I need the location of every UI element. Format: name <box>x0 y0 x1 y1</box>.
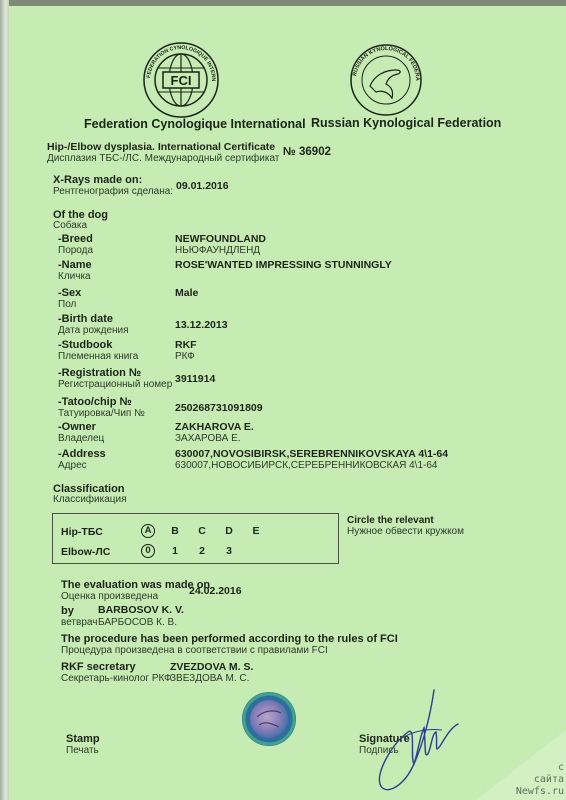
field-label-en: -Studbook <box>58 339 112 351</box>
grade-selected: 0 <box>141 544 155 558</box>
certificate-number: № 36902 <box>283 146 331 158</box>
secretary-name-en: ZVEZDOVA M. S. <box>170 661 253 673</box>
field-value: 630007,NOVOSIBIRSK,SEREBRENNIKOVSKAYA 4\… <box>175 448 448 460</box>
secretary-label-en: RKF secretary <box>61 661 136 673</box>
field-label-ru: Племенная книга <box>58 351 138 363</box>
by-label-ru: ветврач <box>61 617 97 629</box>
field-label-en: -Sex <box>58 287 81 299</box>
grade-option: 2 <box>195 544 209 558</box>
field-label-ru: Владелец <box>58 433 104 445</box>
classification-label-ru: Классификация <box>53 494 127 506</box>
field-label-en: -Birth date <box>58 313 113 325</box>
secretary-label-ru: Секретарь-кинолог РКФ <box>61 673 172 685</box>
procedure-ru: Процедура произведена в соответствии с п… <box>61 645 328 657</box>
fci-name: Federation Cynologique International <box>84 117 306 131</box>
field-value: RKF <box>175 339 197 351</box>
handwritten-signature-icon <box>372 688 462 800</box>
field-label-en: -Name <box>58 259 92 271</box>
dog-section-ru: Собака <box>53 220 87 232</box>
xray-label-ru: Рентгенография сделана: <box>53 186 173 198</box>
grade-option: D <box>222 524 236 538</box>
field-value: NEWFOUNDLAND <box>175 233 266 245</box>
stamp-label-ru: Печать <box>66 745 99 757</box>
field-value-ru: 630007,НОВОСИБИРСК,СЕРЕБРЕННИКОВСКАЯ 4\1… <box>175 460 437 472</box>
field-label-ru: Адрес <box>58 460 87 472</box>
field-label-ru: Татуировка/Чип № <box>58 408 145 420</box>
circle-note-ru: Нужное обвести кружком <box>347 526 464 538</box>
rkf-name: Russian Kynological Federation <box>311 116 501 130</box>
field-value: ROSE'WANTED IMPRESSING STUNNINGLY <box>175 259 392 271</box>
field-label-en: -Registration № <box>58 367 141 379</box>
rkf-greyhound-seal-icon: RUSSIAN KYNOLOGICAL FEDERATION <box>348 42 424 123</box>
grade-selected: A <box>141 524 155 538</box>
watermark-line-3: Newfs.ru <box>516 786 564 798</box>
evaluation-label-en: The evaluation was made on <box>61 579 210 591</box>
scan-frame-left <box>0 0 9 800</box>
secretary-name-ru: ЗВЕЗДОВА М. С. <box>170 673 249 685</box>
rkf-hologram-stamp-icon <box>241 691 297 752</box>
evaluation-date: 24.02.2016 <box>189 585 242 597</box>
field-value: ZAKHAROVA E. <box>175 421 254 433</box>
field-label-ru: Дата рождения <box>58 325 129 337</box>
site-watermark: с сайта Newfs.ru <box>516 762 564 798</box>
xray-label-en: X-Rays made on: <box>53 174 142 186</box>
field-value: 13.12.2013 <box>175 319 228 331</box>
field-value-ru: ЗАХАРОВА Е. <box>175 433 241 445</box>
grade-option: 1 <box>168 544 182 558</box>
watermark-line-1: с <box>516 762 564 774</box>
certificate-title-en: Hip-/Elbow dysplasia. International Cert… <box>47 141 275 153</box>
evaluation-label-ru: Оценка произведена <box>61 591 158 603</box>
grade-option: C <box>195 524 209 538</box>
field-label-en: -Breed <box>58 233 93 245</box>
grade-option: E <box>249 524 263 538</box>
svg-text:FCI: FCI <box>171 73 192 88</box>
procedure-en: The procedure has been performed accordi… <box>61 633 398 645</box>
field-label-en: -Owner <box>58 421 96 433</box>
field-label-en: -Address <box>58 448 106 460</box>
watermark-line-2: сайта <box>516 774 564 786</box>
hip-label: Hip-ТБС <box>61 526 103 538</box>
stamp-label-en: Stamp <box>66 733 100 745</box>
field-label-ru: Кличка <box>58 271 91 283</box>
field-label-en: -Tatoo/chip № <box>58 396 132 408</box>
field-value-ru: НЬЮФАУНДЛЕНД <box>175 245 260 257</box>
field-label-ru: Регистрационный номер <box>58 379 172 391</box>
elbow-label: Elbow-ЛС <box>61 546 110 558</box>
field-value: 250268731091809 <box>175 402 263 414</box>
field-value-ru: РКФ <box>175 351 195 363</box>
field-label-ru: Пол <box>58 299 76 311</box>
grade-option: B <box>168 524 182 538</box>
fci-globe-seal-icon: FCI FEDERATION CYNOLOGIQUE INTERNATIONAL… <box>141 40 221 125</box>
field-value: 3911914 <box>175 373 215 385</box>
grade-option: 3 <box>222 544 236 558</box>
xray-date: 09.01.2016 <box>176 180 229 192</box>
field-value: Male <box>175 287 198 299</box>
vet-name-ru: БАРБОСОВ К. В. <box>98 617 177 629</box>
vet-name-en: BARBOSOV K. V. <box>98 604 184 616</box>
classification-box: Hip-ТБС Elbow-ЛС ABCDE 0123 <box>52 513 339 564</box>
by-label-en: by <box>61 605 74 617</box>
field-label-ru: Порода <box>58 245 93 257</box>
certificate-title-ru: Дисплазия ТБС-/ЛС. Международный сертифи… <box>47 153 279 165</box>
